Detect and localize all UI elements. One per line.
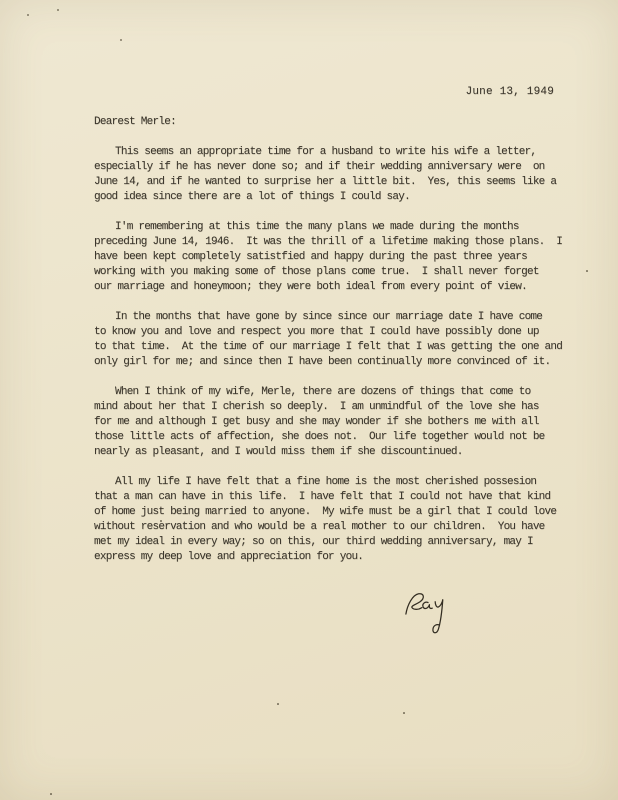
- letter-paragraph-2: I'm remembering at this time the many pl…: [94, 220, 576, 295]
- letter-body: June 13, 1949 Dearest Merle: This seems …: [94, 85, 576, 580]
- letter-paragraph-4: When I think of my wife, Merle, there ar…: [94, 385, 576, 460]
- letter-paragraph-3: In the months that have gone by since si…: [94, 310, 576, 370]
- letter-paragraph-5: All my life I have felt that a fine home…: [94, 475, 576, 565]
- paper-speck: [586, 270, 588, 272]
- letter-date: June 13, 1949: [94, 85, 576, 100]
- paper-speck: [120, 39, 122, 41]
- letter-page: June 13, 1949 Dearest Merle: This seems …: [0, 0, 618, 800]
- paper-speck: [57, 9, 59, 11]
- paper-speck: [277, 703, 279, 705]
- paper-speck: [160, 520, 162, 522]
- signature-ray-icon: [397, 585, 453, 649]
- signature: Ray: [397, 585, 453, 654]
- paper-speck: [50, 793, 52, 795]
- paper-speck: [27, 14, 29, 16]
- paper-speck: [403, 712, 405, 714]
- letter-salutation: Dearest Merle:: [94, 115, 576, 130]
- letter-paragraph-1: This seems an appropriate time for a hus…: [94, 145, 576, 205]
